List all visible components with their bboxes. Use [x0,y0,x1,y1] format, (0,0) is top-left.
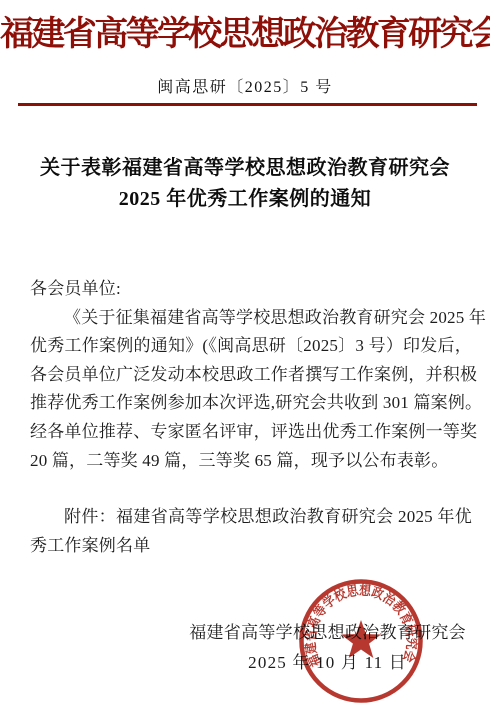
body-line: 《关于征集福建省高等学校思想政治教育研究会 2025 年 [30,304,472,333]
document-body: 各会员单位: 《关于征集福建省高等学校思想政治教育研究会 2025 年 优秀工作… [30,275,472,475]
body-line: 优秀工作案例的通知》(《闽高思研〔2025〕3 号）印发后， [30,332,472,361]
letterhead-org-title: 福建省高等学校思想政治教育研究会 [0,6,490,55]
salutation: 各会员单位: [30,275,472,304]
official-document-page: 福建省高等学校思想政治教育研究会 闽高思研〔2025〕5 号 关于表彰福建省高等… [0,0,490,706]
attachment-line: 附件：福建省高等学校思想政治教育研究会 2025 年优 [30,503,472,532]
signature-date: 2025 年 10 月 11 日 [189,648,466,678]
document-title: 关于表彰福建省高等学校思想政治教育研究会 2025 年优秀工作案例的通知 [0,153,490,215]
document-number: 闽高思研〔2025〕5 号 [0,74,490,97]
body-line: 经各单位推荐、专家匿名评审，评选出优秀工作案例一等奖 [30,418,472,447]
attachment-note: 附件：福建省高等学校思想政治教育研究会 2025 年优 秀工作案例名单 [30,503,472,560]
attachment-line: 秀工作案例名单 [30,532,472,561]
signature-org: 福建省高等学校思想政治教育研究会 [189,618,466,648]
body-line: 推荐优秀工作案例参加本次评选,研究会共收到 301 篇案例。 [30,389,472,418]
document-title-line1: 关于表彰福建省高等学校思想政治教育研究会 [0,153,490,184]
document-title-line2: 2025 年优秀工作案例的通知 [0,184,490,215]
body-line: 各会员单位广泛发动本校思政工作者撰写工作案例，并积极 [30,361,472,390]
red-divider-rule [18,103,477,106]
body-line: 20 篇，二等奖 49 篇，三等奖 65 篇，现予以公布表彰。 [30,447,472,476]
signature-block: 福建省高等学校思想政治教育研究会 2025 年 10 月 11 日 [189,618,466,678]
